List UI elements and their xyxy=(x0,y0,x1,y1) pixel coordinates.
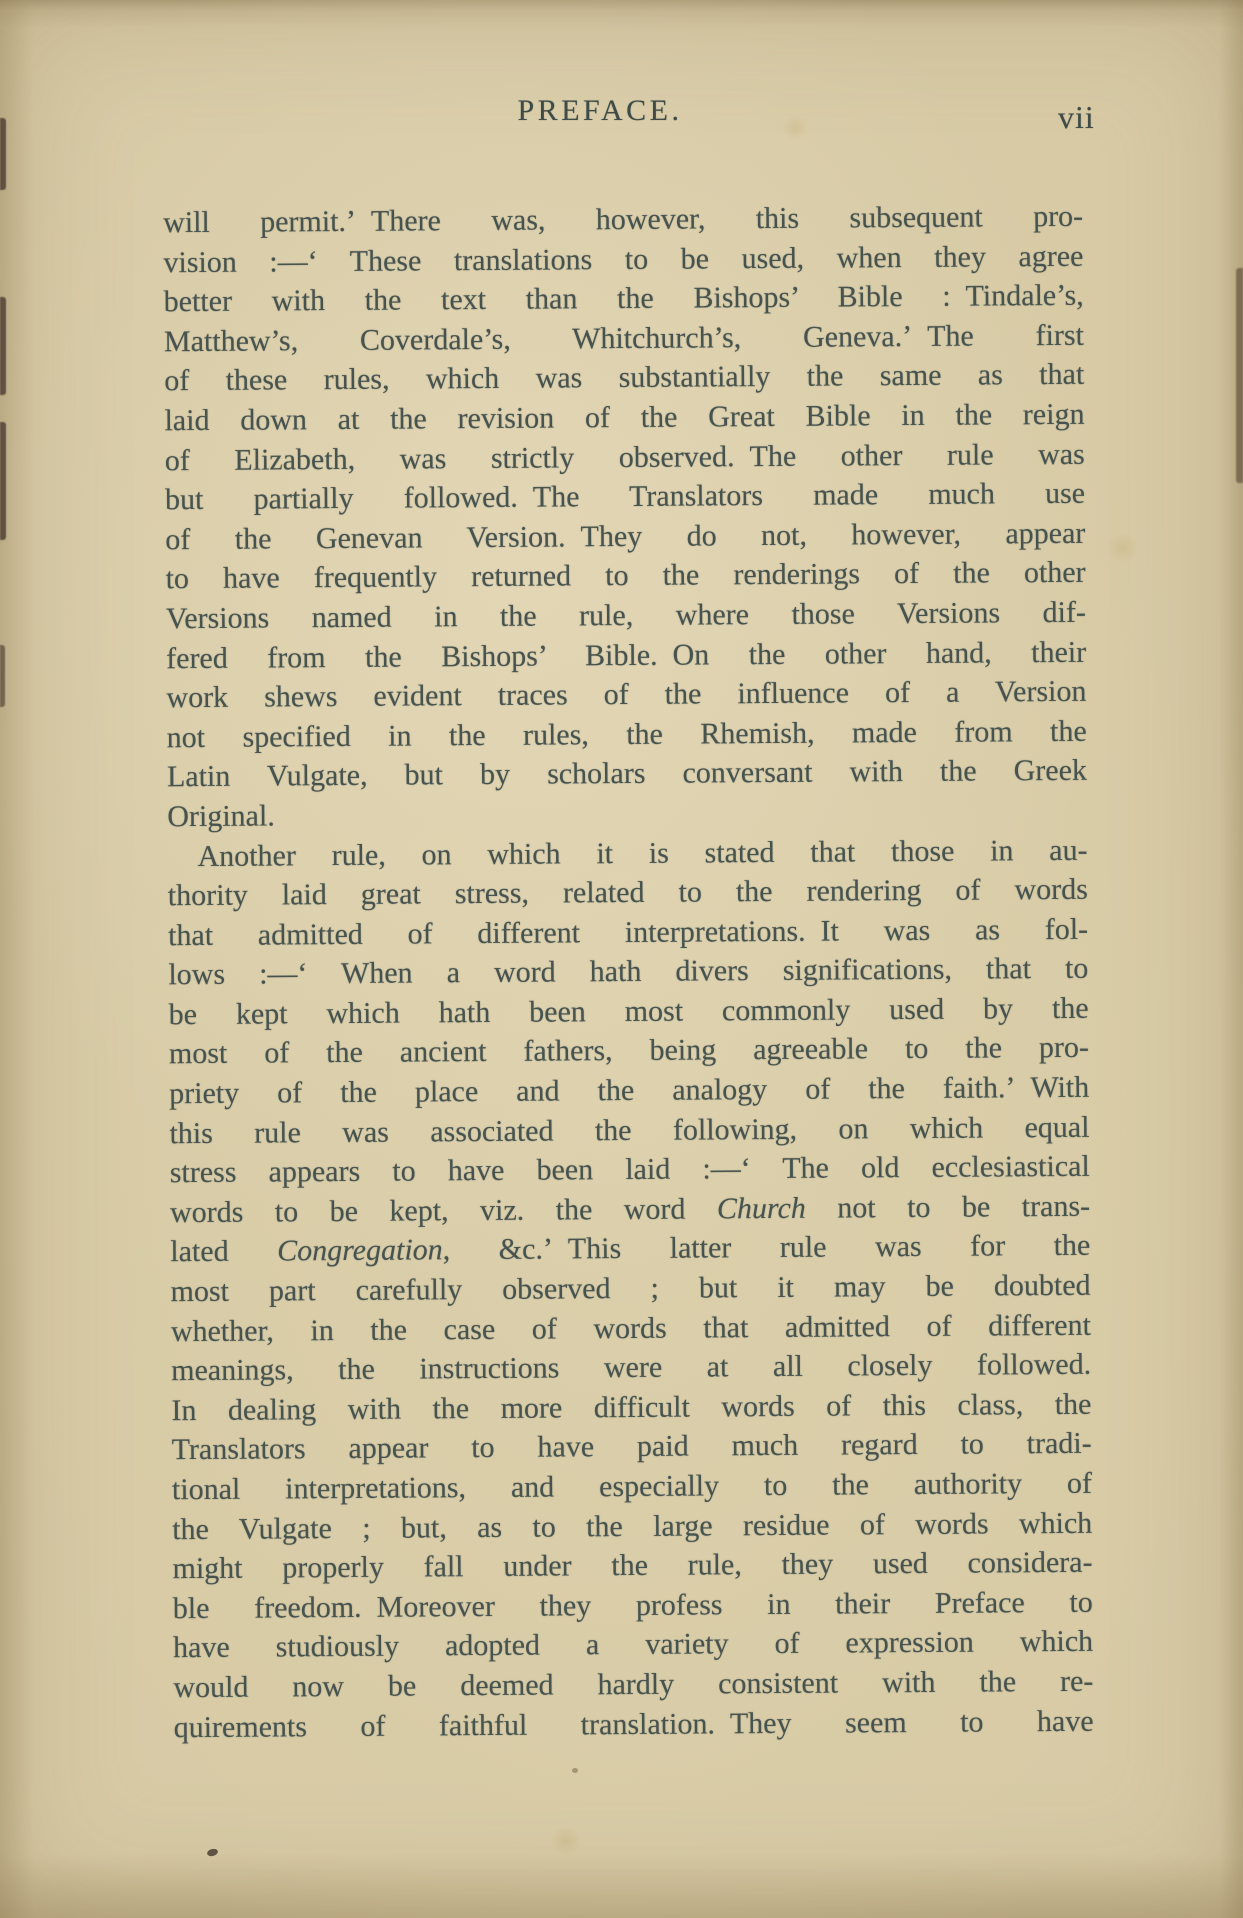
binding-shadow-mark xyxy=(0,422,6,540)
text-line: priety of the place and the analogy of t… xyxy=(169,1068,1089,1114)
text-line: of Elizabeth, was strictly observed. The… xyxy=(165,434,1085,480)
text-line: most part carefully observed ; but it ma… xyxy=(170,1266,1090,1312)
text-line: Latin Vulgate, but by scholars conversan… xyxy=(167,751,1087,797)
text-line: better with the text than the Bishops’ B… xyxy=(164,276,1084,322)
text-line: Versions named in the rule, where those … xyxy=(166,593,1086,639)
text-line: lated Congregation, &c.’ This latter rul… xyxy=(170,1226,1090,1272)
text-line: whether, in the case of words that admit… xyxy=(171,1305,1091,1351)
running-title: PREFACE. xyxy=(140,94,1060,128)
text-line: thority laid great stress, related to th… xyxy=(168,870,1088,916)
text-line: tional interpretations, and especially t… xyxy=(172,1464,1092,1510)
text-line: of the Genevan Version. They do not, how… xyxy=(165,514,1085,560)
text-line: Matthew’s, Coverdale’s, Whitchurch’s, Ge… xyxy=(164,316,1084,362)
text-line: fered from the Bishops’ Bible. On the ot… xyxy=(166,632,1086,678)
text-line: stress appears to have been laid :—‘ The… xyxy=(170,1147,1090,1193)
text-line: ble freedom. Moreover they profess in th… xyxy=(173,1583,1093,1629)
text-line: In dealing with the more difficult words… xyxy=(171,1385,1091,1431)
binding-shadow-mark xyxy=(0,118,6,190)
text-line: not specified in the rules, the Rhemish,… xyxy=(167,711,1087,757)
text-line: this rule was associated the following, … xyxy=(169,1107,1089,1153)
text-line: laid down at the revision of the Great B… xyxy=(164,395,1084,441)
text-line: to have frequently returned to the rende… xyxy=(165,553,1085,599)
text-line: most of the ancient fathers, being agree… xyxy=(169,1028,1089,1074)
text-line: quirements of faithful translation. They… xyxy=(174,1701,1094,1747)
body-text: will permit.’ There was, however, this s… xyxy=(163,197,1094,1748)
text-line: meanings, the instructions were at all c… xyxy=(171,1345,1091,1391)
text-line: that admitted of different interpretatio… xyxy=(168,909,1088,955)
text-line: Another rule, on which it is stated that… xyxy=(167,830,1087,876)
text-line: might properly fall under the rule, they… xyxy=(172,1543,1092,1589)
page-edge-shadow xyxy=(1236,268,1243,483)
text-line: Original. xyxy=(167,791,1087,837)
text-line: will permit.’ There was, however, this s… xyxy=(163,197,1083,243)
text-line: words to be kept, viz. the word Church n… xyxy=(170,1187,1090,1233)
text-line: be kept which hath been most commonly us… xyxy=(169,989,1089,1035)
text-line: lows :—‘ When a word hath divers signifi… xyxy=(168,949,1088,995)
text-line: would now be deemed hardly consistent wi… xyxy=(173,1662,1093,1708)
text-line: Translators appear to have paid much reg… xyxy=(172,1424,1092,1470)
ink-speck xyxy=(572,1768,578,1773)
text-line: vision :—‘ These translations to be used… xyxy=(163,236,1083,282)
book-page: PREFACE. vii will permit.’ There was, ho… xyxy=(0,0,1243,1918)
text-line: have studiously adopted a variety of exp… xyxy=(173,1622,1093,1668)
ink-speck xyxy=(206,1848,218,1858)
page-number: vii xyxy=(1058,99,1095,136)
text-line: but partially followed. The Translators … xyxy=(165,474,1085,520)
text-line: of these rules, which was substantially … xyxy=(164,355,1084,401)
text-line: work shews evident traces of the influen… xyxy=(166,672,1086,718)
text-line: the Vulgate ; but, as to the large resid… xyxy=(172,1503,1092,1549)
binding-shadow-mark xyxy=(0,297,6,395)
binding-shadow-mark xyxy=(0,645,5,707)
